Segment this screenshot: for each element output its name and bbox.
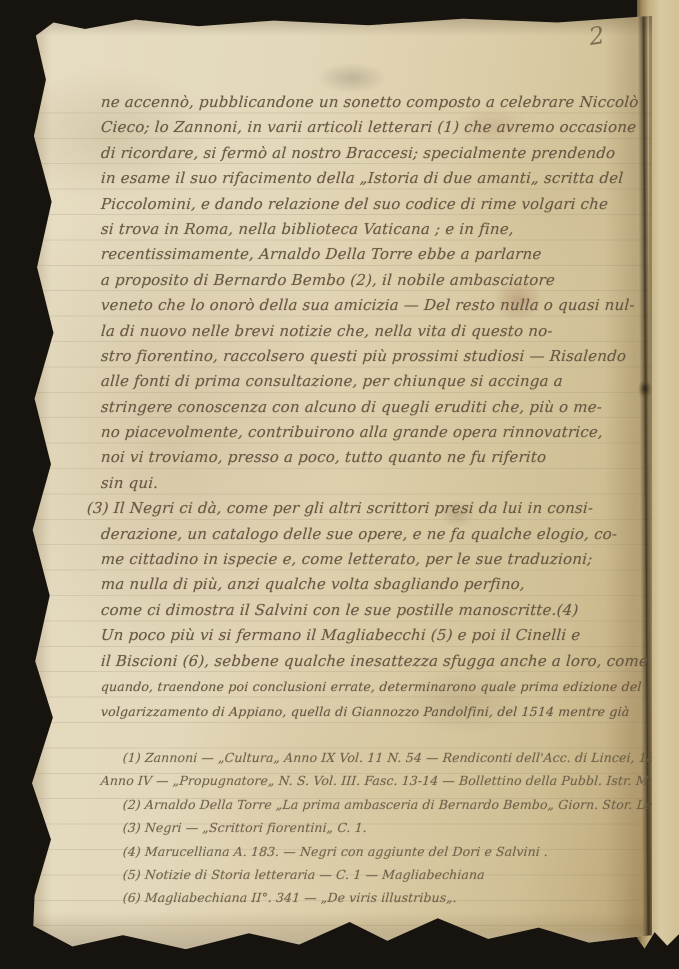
manuscript-line: alle fonti di prima consultazione, per c… [100,369,642,394]
manuscript-line: derazione, un catalogo delle sue opere, … [100,522,642,547]
photo-background: 2 ne accennò, pubblicandone un sonetto c… [0,0,679,969]
footnote-block: (1) Zannoni — „Cultura„ Anno IX Vol. 11 … [100,746,645,910]
footnote-line: (3) Negri — „Scrittori fiorentini„ C. 1. [100,816,647,839]
manuscript-page: 2 ne accennò, pubblicandone un sonetto c… [22,14,652,952]
manuscript-line: me cittadino in ispecie e, come letterat… [100,547,642,572]
manuscript-line: veneto che lo onorò della sua amicizia —… [100,293,642,318]
manuscript-line: ne accennò, pubblicandone un sonetto com… [100,90,642,115]
manuscript-line: si trova in Roma, nella biblioteca Vatic… [100,217,642,242]
manuscript-line: stro fiorentino, raccolsero questi più p… [100,344,642,369]
manuscript-line: Piccolomini, e dando relazione del suo c… [100,192,642,217]
footnote-line: (4) Marucelliana A. 183. — Negri con agg… [100,840,647,863]
manuscript-line: a proposito di Bernardo Bembo (2), il no… [100,268,642,293]
manuscript-line: Cieco; lo Zannoni, in varii articoli let… [100,115,642,140]
manuscript-body: ne accennò, pubblicandone un sonetto com… [100,90,640,725]
footnote-line: (2) Arnaldo Della Torre „La prima ambasc… [100,793,647,816]
manuscript-line: volgarizzamento di Appiano, quella di Gi… [100,699,642,724]
manuscript-line: la di nuovo nelle brevi notizie che, nel… [100,319,642,344]
manuscript-line: recentissimamente, Arnaldo Della Torre e… [100,242,642,267]
page-number: 2 [587,21,606,51]
manuscript-line: il Biscioni (6), sebbene qualche inesatt… [100,649,642,674]
footnote-line-continuation: Anno IV — „Propugnatore„ N. S. Vol. III.… [100,769,647,792]
manuscript-line: di ricordare, si fermò al nostro Bracces… [100,141,642,166]
footnote-line: (6) Magliabechiana II°. 341 — „De viris … [100,886,647,909]
manuscript-line: noi vi troviamo, presso a poco, tutto qu… [100,445,642,470]
footnote-line: (5) Notizie di Storia letteraria — C. 1 … [100,863,647,886]
manuscript-line: ma nulla di più, anzi qualche volta sbag… [100,572,642,597]
manuscript-line: Un poco più vi si fermano il Magliabecch… [100,623,642,648]
manuscript-line: quando, traendone poi conclusioni errate… [100,674,642,699]
manuscript-line: no piacevolmente, contribuirono alla gra… [100,420,642,445]
manuscript-line-with-note-marker: (3) Il Negri ci dà, come per gli altri s… [86,496,642,521]
manuscript-line: come ci dimostra il Salvini con le sue p… [100,598,642,623]
manuscript-line: sin qui. [100,471,642,496]
manuscript-line: in esame il suo rifacimento della „Istor… [100,166,642,191]
footnote-line: (1) Zannoni — „Cultura„ Anno IX Vol. 11 … [100,746,647,769]
manuscript-line: stringere conoscenza con alcuno di quegl… [100,395,642,420]
